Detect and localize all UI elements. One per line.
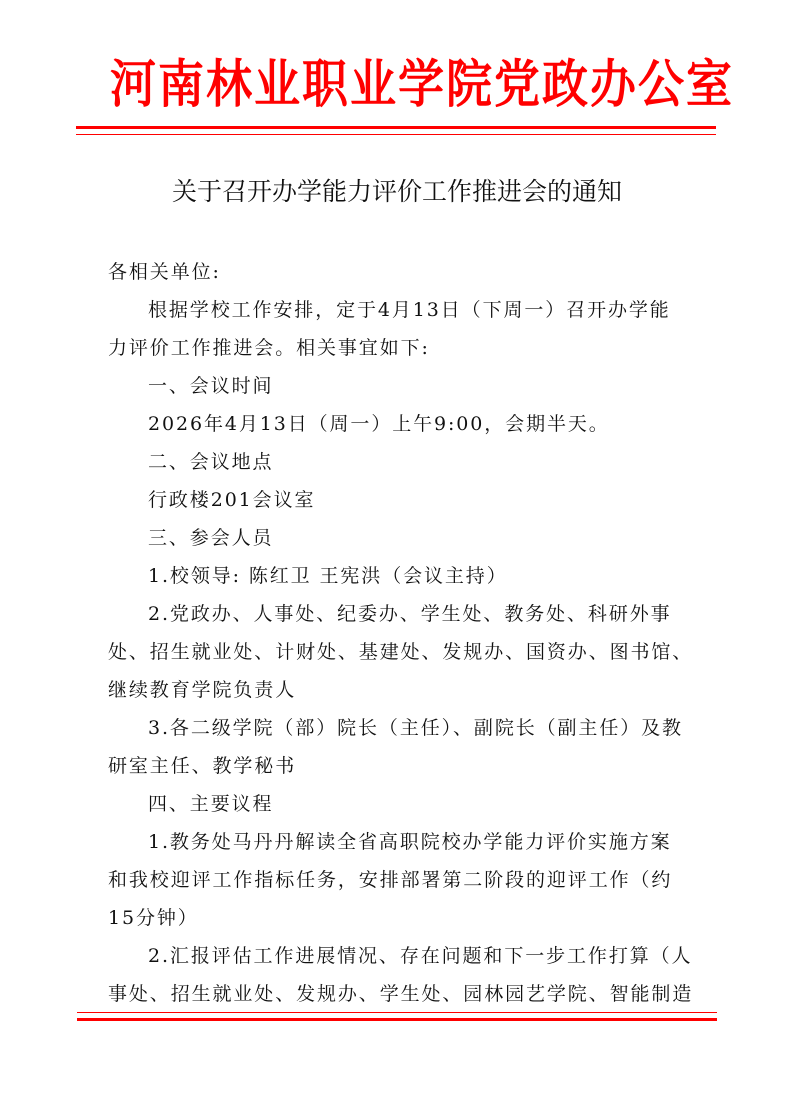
paragraph-line: 根据学校工作安排，定于4月13日（下周一）召开办学能 <box>108 291 708 329</box>
salutation: 各相关单位: <box>108 253 708 291</box>
footer-thin-rule <box>77 1012 717 1013</box>
letterhead-org-name: 河南林业职业学院党政办公室 <box>110 48 694 120</box>
header-thin-rule <box>76 134 716 135</box>
agenda-item-2-cont: 事处、招生就业处、发规办、学生处、园林园艺学院、智能制造 <box>108 975 708 1013</box>
meeting-time: 2026年4月13日（周一）上午9:00，会期半天。 <box>108 405 708 443</box>
attendees-item-3: 3.各二级学院（部）院长（主任）、副院长（副主任）及教 <box>108 709 708 747</box>
paragraph-line: 力评价工作推进会。相关事宜如下: <box>108 329 708 367</box>
attendees-item-1: 1.校领导: 陈红卫 王宪洪（会议主持） <box>108 557 708 595</box>
header-thick-rule <box>76 126 716 129</box>
meeting-location: 行政楼201会议室 <box>108 481 708 519</box>
footer-thick-rule <box>77 1018 717 1021</box>
section-heading-attendees: 三、参会人员 <box>108 519 708 557</box>
agenda-item-1-cont: 和我校迎评工作指标任务，安排部署第二阶段的迎评工作（约 <box>108 861 708 899</box>
attendees-item-2: 2.党政办、人事处、纪委办、学生处、教务处、科研外事 <box>108 595 708 633</box>
agenda-item-2: 2.汇报评估工作进展情况、存在问题和下一步工作打算（人 <box>108 937 708 975</box>
attendees-item-2-cont: 处、招生就业处、计财处、基建处、发规办、国资办、图书馆、 <box>108 633 708 671</box>
document-body: 各相关单位: 根据学校工作安排，定于4月13日（下周一）召开办学能 力评价工作推… <box>108 253 708 1013</box>
agenda-item-1-cont: 15分钟） <box>108 899 708 937</box>
section-heading-location: 二、会议地点 <box>108 443 708 481</box>
section-heading-time: 一、会议时间 <box>108 367 708 405</box>
document-title: 关于召开办学能力评价工作推进会的通知 <box>0 172 794 212</box>
attendees-item-3-cont: 研室主任、教学秘书 <box>108 747 708 785</box>
attendees-item-2-cont: 继续教育学院负责人 <box>108 671 708 709</box>
section-heading-agenda: 四、主要议程 <box>108 785 708 823</box>
agenda-item-1: 1.教务处马丹丹解读全省高职院校办学能力评价实施方案 <box>108 823 708 861</box>
